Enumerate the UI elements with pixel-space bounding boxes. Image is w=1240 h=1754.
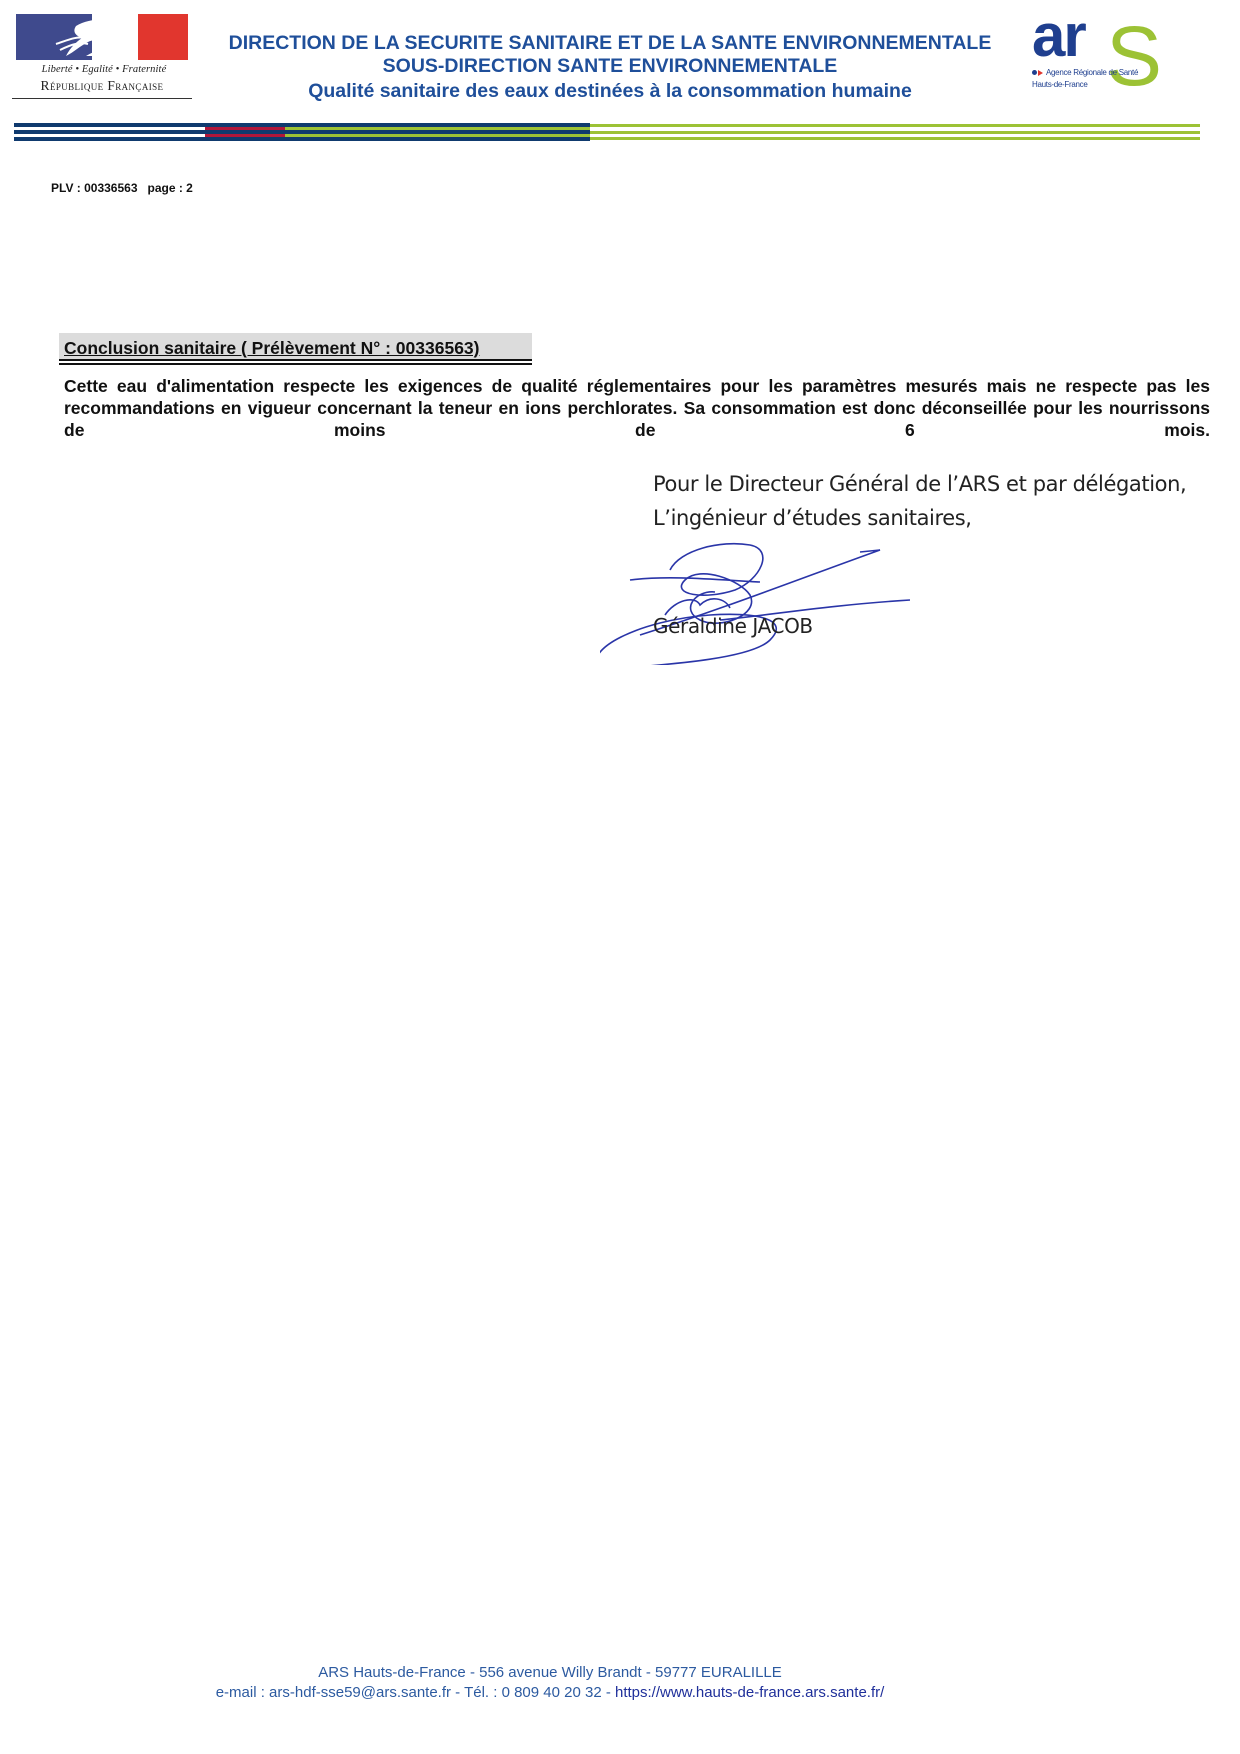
footer-contact: e-mail : ars-hdf-sse59@ars.sante.fr - Té… [0,1684,1100,1701]
dot-icon [1032,70,1037,75]
handwritten-signature-icon [600,520,930,665]
conclusion-text: Cette eau d'alimentation respecte les ex… [64,375,1210,441]
header-title-subdirection: SOUS-DIRECTION SANTE ENVIRONNEMENTALE [180,55,1040,78]
header-title-direction: DIRECTION DE LA SECURITE SANITAIRE ET DE… [180,32,1040,55]
conclusion-title: Conclusion sanitaire ( Prélèvement N° : … [64,338,480,359]
ars-logo: ar S Agence Régionale de Santé Hauts-de-… [1032,22,1172,102]
signatory-name: Géraldine JACOB [653,614,813,638]
marianne-flag-icon [16,14,188,60]
ars-logo-letters: ar [1032,6,1085,66]
ars-logo-agency: Agence Régionale de Santé [1032,68,1138,77]
motto: Liberté • Egalité • Fraternité [16,64,192,75]
conclusion-underline-2 [59,363,532,365]
header-subtitle: Qualité sanitaire des eaux destinées à l… [180,80,1040,103]
republique-francaise-logo: Liberté • Egalité • Fraternité Républiqu… [12,14,192,102]
footer-website-link[interactable]: https://www.hauts-de-france.ars.sante.fr… [615,1684,884,1701]
footer-address: ARS Hauts-de-France - 556 avenue Willy B… [0,1664,1100,1681]
ars-logo-region: Hauts-de-France [1032,80,1088,89]
signature-delegation: Pour le Directeur Général de l’ARS et pa… [653,472,1186,496]
republic-name: République Française [12,78,192,94]
arrow-icon [1038,70,1043,76]
header-decorative-rule [14,123,1200,141]
logo-underline [12,98,192,99]
conclusion-underline [59,359,532,361]
footer-contact-text: e-mail : ars-hdf-sse59@ars.sante.fr - Té… [216,1684,615,1701]
ars-logo-s: S [1106,14,1162,98]
sample-reference: PLV : 00336563 page : 2 [51,181,193,195]
